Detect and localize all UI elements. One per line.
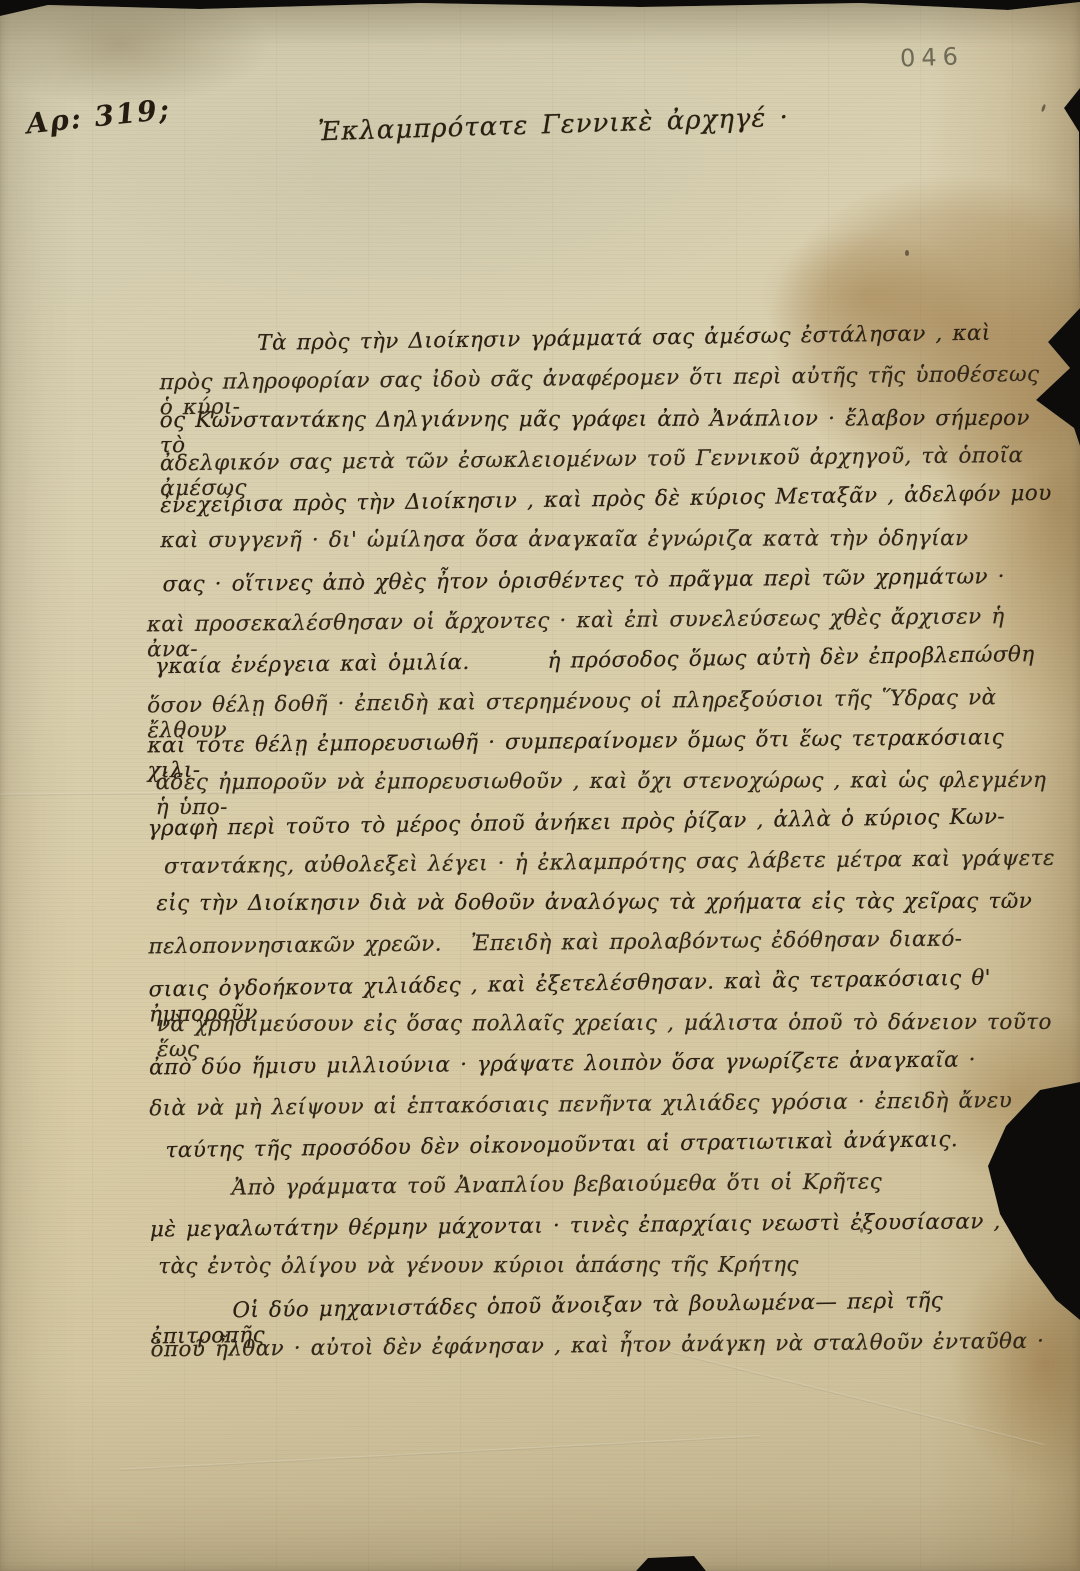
manuscript-line: εἰς τὴν Διοίκησιν διὰ νὰ δοθοῦν ἀναλόγως… — [156, 889, 1062, 932]
manuscript-line: καὶ τότε θέλῃ ἐμπορευσιωθῆ · συμπεραίνομ… — [147, 725, 1061, 774]
manuscript-line: μὲ μεγαλωτάτην θέρμην μάχονται · τινὲς ἐ… — [150, 1208, 1064, 1257]
paper-crease — [120, 1435, 759, 1470]
manuscript-line: άδες ἠμποροῦν νὰ ἐμπορευσιωθοῦν , καὶ ὄχ… — [156, 768, 1062, 811]
manuscript-line: νὰ χρησιμεύσουν εἰς ὅσας πολλαῖς χρείαις… — [157, 1010, 1063, 1053]
manuscript-line: καὶ συγγενῆ · δι' ὡμίλησα ὅσα ἀναγκαῖα ἐ… — [160, 526, 1060, 569]
ink-speck — [1041, 104, 1047, 113]
ink-speck — [905, 250, 909, 256]
manuscript-page: 046 Αρ: 319; Ἐκλαμπρότατε Γεννικὲ ἀρχηγέ… — [0, 0, 1080, 1571]
manuscript-line: σταντάκης, αὐθολεξεὶ λέγει · ἡ ἐκλαμπρότ… — [164, 846, 1062, 895]
manuscript-line: πρὸς πληροφορίαν σας ἰδοὺ σᾶς ἀναφέρομεν… — [159, 362, 1059, 411]
manuscript-line: ος Κωνσταντάκης Δηλγιάννης μᾶς γράφει ἀπ… — [160, 405, 1060, 448]
manuscript-line: ὁποῦ ἦλθαν · αὐτοὶ δὲν ἐφάνησαν , καὶ ἦτ… — [150, 1329, 1064, 1378]
archive-number-pencil: 046 — [900, 40, 1041, 73]
salutation-line: Ἐκλαμπρότατε Γεννικὲ ἀρχηγέ · — [318, 103, 790, 148]
letter-body: Τὰ πρὸς τὴν Διοίκησιν γράμματά σας ἀμέσω… — [145, 324, 1064, 1376]
protocol-number: Αρ: 319; — [25, 93, 173, 141]
